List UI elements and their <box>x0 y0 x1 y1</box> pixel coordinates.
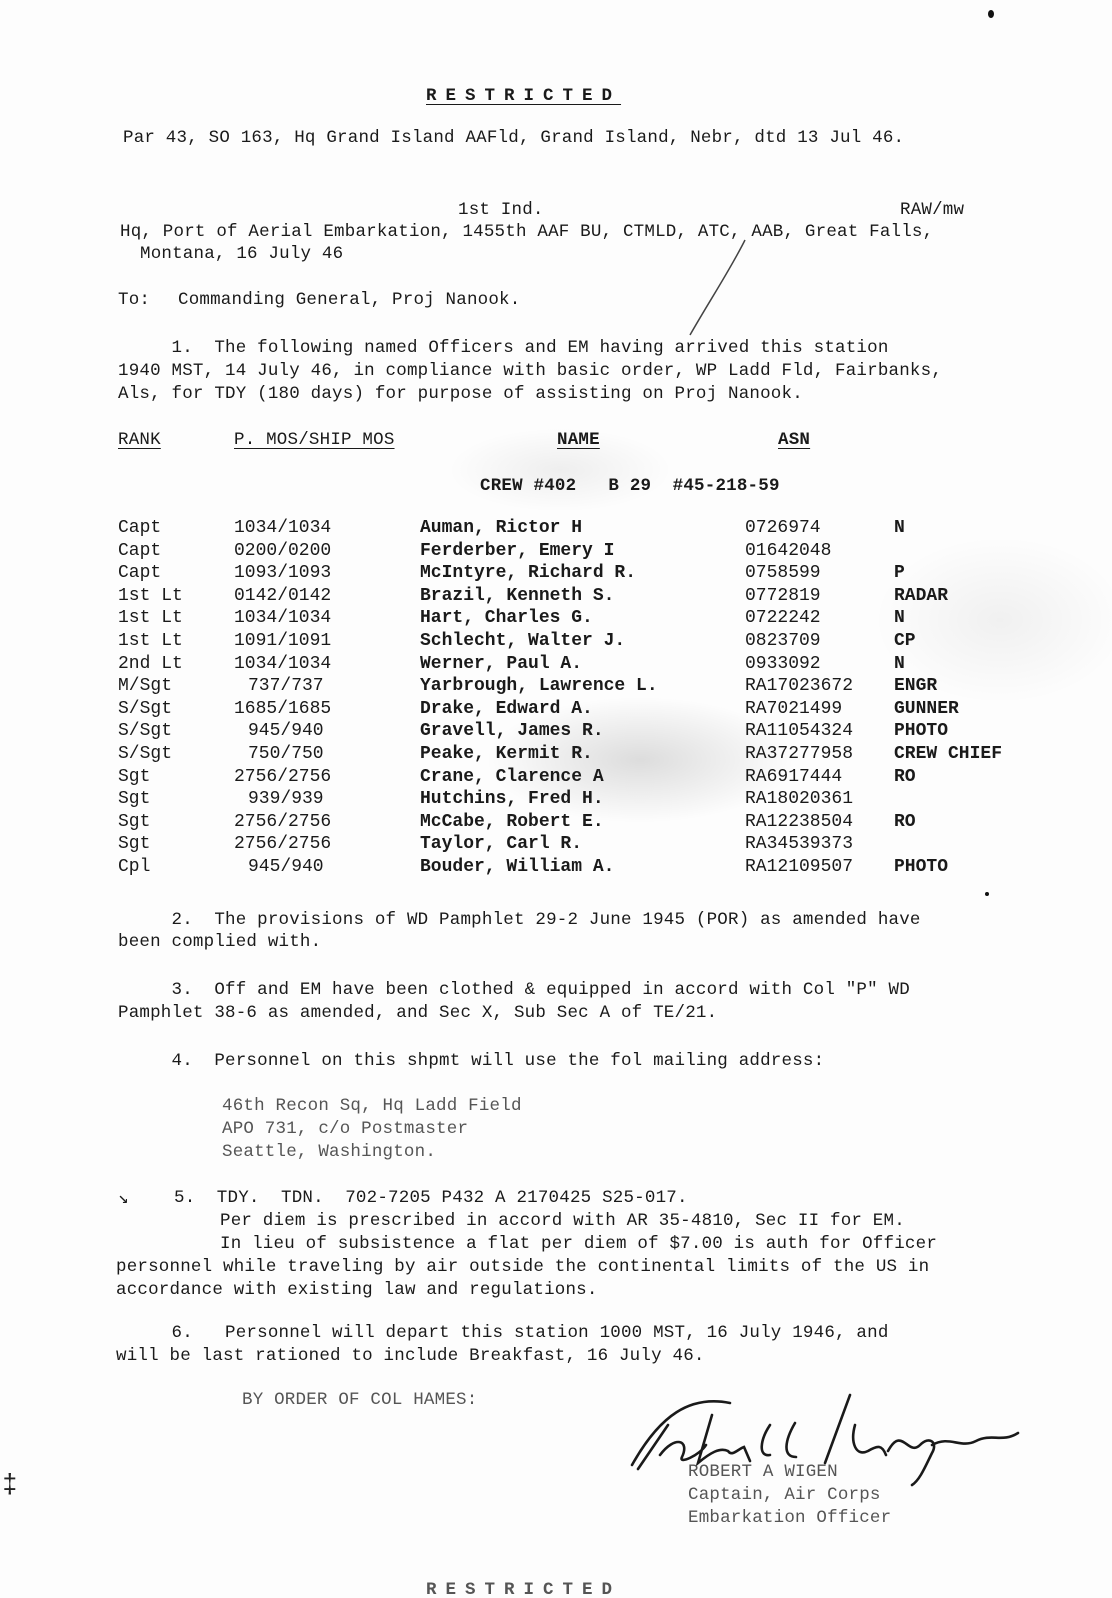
reference-line: Par 43, SO 163, Hq Grand Island AAFld, G… <box>123 128 904 148</box>
name-cell: Drake, Edward A. <box>420 699 593 719</box>
para5-line4: personnel while traveling by air outside… <box>116 1257 929 1277</box>
col-header-name: NAME <box>557 430 600 450</box>
para5-line2: Per diem is prescribed in accord with AR… <box>220 1211 905 1231</box>
rank-cell: 1st Lt <box>118 631 183 651</box>
duty-cell: N <box>894 654 905 674</box>
duty-cell: RO <box>894 812 916 832</box>
name-cell: Yarbrough, Lawrence L. <box>420 676 658 696</box>
mos-cell: 0142/0142 <box>234 586 331 606</box>
para6-line2: will be last rationed to include Breakfa… <box>116 1346 705 1366</box>
para5-line1: 5. TDY. TDN. 702-7205 P432 A 2170425 S25… <box>174 1188 688 1208</box>
rank-cell: Sgt <box>118 767 150 787</box>
typist-initials: RAW/mw <box>900 200 964 220</box>
rank-cell: S/Sgt <box>118 721 172 741</box>
duty-cell: PHOTO <box>894 721 948 741</box>
indorsement-label: 1st Ind. <box>458 200 544 220</box>
scan-mark: ‡ <box>2 1470 18 1500</box>
para3-line1: 3. Off and EM have been clothed & equipp… <box>118 980 910 1000</box>
para2-line2: been complied with. <box>118 932 321 952</box>
name-cell: Ferderber, Emery I <box>420 541 614 561</box>
asn-cell: RA6917444 <box>745 767 842 787</box>
scan-speck <box>985 892 989 896</box>
duty-cell: RO <box>894 767 916 787</box>
para5-line3: In lieu of subsistence a flat per diem o… <box>220 1234 937 1254</box>
mos-cell: 750/750 <box>248 744 324 764</box>
name-cell: Schlecht, Walter J. <box>420 631 625 651</box>
name-cell: Hutchins, Fred H. <box>420 789 604 809</box>
asn-cell: RA17023672 <box>745 676 853 696</box>
asn-cell: RA18020361 <box>745 789 853 809</box>
rank-cell: 2nd Lt <box>118 654 183 674</box>
name-cell: Gravell, James R. <box>420 721 604 741</box>
mos-cell: 2756/2756 <box>234 767 331 787</box>
name-cell: Brazil, Kenneth S. <box>420 586 614 606</box>
asn-cell: 01642048 <box>745 541 831 561</box>
rank-cell: 1st Lt <box>118 586 183 606</box>
col-header-rank: RANK <box>118 430 161 450</box>
col-header-asn: ASN <box>778 430 810 450</box>
asn-cell: 0823709 <box>745 631 821 651</box>
duty-cell: N <box>894 608 905 628</box>
para5-line5: accordance with existing law and regulat… <box>116 1280 598 1300</box>
col-header-mos: P. MOS/SHIP MOS <box>234 430 395 450</box>
address-line-2: APO 731, c/o Postmaster <box>222 1119 468 1139</box>
rank-cell: Sgt <box>118 789 150 809</box>
from-line-2: Montana, 16 July 46 <box>140 244 343 264</box>
asn-cell: 0726974 <box>745 518 821 538</box>
mos-cell: 1034/1034 <box>234 654 331 674</box>
name-cell: Hart, Charles G. <box>420 608 593 628</box>
asn-cell: 0772819 <box>745 586 821 606</box>
document-page: RESTRICTED Par 43, SO 163, Hq Grand Isla… <box>0 0 1112 1598</box>
rank-cell: Capt <box>118 563 161 583</box>
mos-cell: 737/737 <box>248 676 324 696</box>
mos-cell: 945/940 <box>248 857 324 877</box>
name-cell: McIntyre, Richard R. <box>420 563 636 583</box>
scan-speck <box>988 10 994 18</box>
from-line-1: Hq, Port of Aerial Embarkation, 1455th A… <box>120 222 933 242</box>
para1-line1: 1. The following named Officers and EM h… <box>118 338 889 358</box>
address-line-1: 46th Recon Sq, Hq Ladd Field <box>222 1096 522 1116</box>
rank-cell: Sgt <box>118 812 150 832</box>
rank-cell: 1st Lt <box>118 608 183 628</box>
classification-header: RESTRICTED <box>426 86 621 106</box>
duty-cell: CREW CHIEF <box>894 744 1002 764</box>
para4-line1: 4. Personnel on this shpmt will use the … <box>118 1051 824 1071</box>
address-line-3: Seattle, Washington. <box>222 1142 436 1162</box>
asn-cell: RA11054324 <box>745 721 853 741</box>
rank-cell: Cpl <box>118 857 150 877</box>
mos-cell: 1034/1034 <box>234 518 331 538</box>
duty-cell: RADAR <box>894 586 948 606</box>
duty-cell: PHOTO <box>894 857 948 877</box>
name-cell: McCabe, Robert E. <box>420 812 604 832</box>
mos-cell: 1034/1034 <box>234 608 331 628</box>
name-cell: Auman, Rictor H <box>420 518 582 538</box>
duty-cell: N <box>894 518 905 538</box>
to-label: To: <box>118 290 150 310</box>
asn-cell: 0758599 <box>745 563 821 583</box>
mos-cell: 1093/1093 <box>234 563 331 583</box>
para3-line2: Pamphlet 38-6 as amended, and Sec X, Sub… <box>118 1003 717 1023</box>
mos-cell: 945/940 <box>248 721 324 741</box>
asn-cell: RA7021499 <box>745 699 842 719</box>
name-cell: Peake, Kermit R. <box>420 744 593 764</box>
mos-cell: 2756/2756 <box>234 812 331 832</box>
rank-cell: S/Sgt <box>118 744 172 764</box>
rank-cell: M/Sgt <box>118 676 172 696</box>
duty-cell: P <box>894 563 905 583</box>
asn-cell: 0722242 <box>745 608 821 628</box>
authority-line: BY ORDER OF COL HAMES: <box>242 1390 477 1410</box>
mos-cell: 1685/1685 <box>234 699 331 719</box>
duty-cell: CP <box>894 631 916 651</box>
para6-line1: 6. Personnel will depart this station 10… <box>118 1323 889 1343</box>
para2-line1: 2. The provisions of WD Pamphlet 29-2 Ju… <box>118 910 921 930</box>
signer-title-2: Embarkation Officer <box>688 1508 891 1528</box>
duty-cell: GUNNER <box>894 699 959 719</box>
asn-cell: RA34539373 <box>745 834 853 854</box>
rank-cell: S/Sgt <box>118 699 172 719</box>
name-cell: Crane, Clarence A <box>420 767 604 787</box>
to-addressee: Commanding General, Proj Nanook. <box>178 290 520 310</box>
rank-cell: Capt <box>118 541 161 561</box>
signer-name: ROBERT A WIGEN <box>688 1462 838 1482</box>
rank-cell: Sgt <box>118 834 150 854</box>
signer-title-1: Captain, Air Corps <box>688 1485 881 1505</box>
asn-cell: RA12238504 <box>745 812 853 832</box>
mos-cell: 0200/0200 <box>234 541 331 561</box>
classification-footer: RESTRICTED <box>426 1580 621 1598</box>
mos-cell: 939/939 <box>248 789 324 809</box>
name-cell: Werner, Paul A. <box>420 654 582 674</box>
para1-line3: Als, for TDY (180 days) for purpose of a… <box>118 384 803 404</box>
margin-mark: ↘ <box>118 1188 129 1209</box>
mos-cell: 2756/2756 <box>234 834 331 854</box>
pen-stroke-mark <box>660 230 780 340</box>
rank-cell: Capt <box>118 518 161 538</box>
name-cell: Bouder, William A. <box>420 857 614 877</box>
para1-line2: 1940 MST, 14 July 46, in compliance with… <box>118 361 942 381</box>
asn-cell: RA12109507 <box>745 857 853 877</box>
crew-line: CREW #402 B 29 #45-218-59 <box>480 476 780 496</box>
asn-cell: RA37277958 <box>745 744 853 764</box>
name-cell: Taylor, Carl R. <box>420 834 582 854</box>
asn-cell: 0933092 <box>745 654 821 674</box>
duty-cell: ENGR <box>894 676 937 696</box>
mos-cell: 1091/1091 <box>234 631 331 651</box>
